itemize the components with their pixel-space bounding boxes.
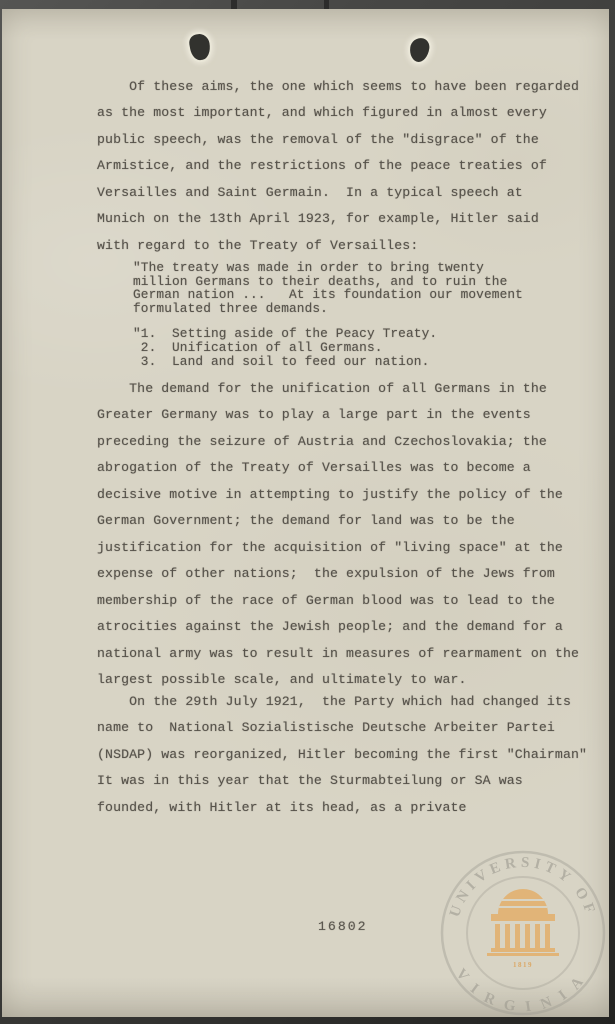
text-line: preceding the seizure of Austria and Cze… (97, 429, 579, 455)
seal-arc-bottom-text: VIRGINIA (452, 966, 593, 1016)
text-line: founded, with Hitler at its head, as a p… (97, 795, 587, 821)
text-line: public speech, was the removal of the "d… (97, 127, 579, 153)
text-line: abrogation of the Treaty of Versailles w… (97, 455, 579, 481)
text-line: German Government; the demand for land w… (97, 508, 579, 534)
text-line: Armistice, and the restrictions of the p… (97, 153, 579, 179)
paragraph-demands-consequences: The demand for the unification of all Ge… (97, 376, 579, 693)
text-line: "The treaty was made in order to bring t… (133, 261, 523, 275)
text-line: 2. Unification of all Germans. (133, 341, 437, 355)
text-line: decisive motive in attempting to justify… (97, 482, 579, 508)
scanned-document-page: { "document": { "paragraph1": [ " Of the… (0, 0, 615, 1024)
text-line: justification for the acquisition of "li… (97, 535, 579, 561)
three-demands-list: "1. Setting aside of the Peacy Treaty. 2… (133, 327, 437, 370)
text-line: formulated three demands. (133, 302, 523, 316)
rotunda-icon (487, 889, 559, 956)
paragraph-aims: Of these aims, the one which seems to ha… (97, 74, 579, 259)
text-line: Of these aims, the one which seems to ha… (97, 74, 579, 100)
punch-hole-left (186, 30, 215, 64)
text-line: atrocities against the Jewish people; an… (97, 614, 579, 640)
text-line: name to National Sozialistische Deutsche… (97, 715, 587, 741)
text-line: German nation ... At its foundation our … (133, 288, 523, 302)
text-line: membership of the race of German blood w… (97, 588, 579, 614)
text-line: On the 29th July 1921, the Party which h… (97, 689, 587, 715)
seal-graphic: UNIVERSITY OF VIRGINIA 1819 (438, 848, 608, 1017)
text-line: 3. Land and soil to feed our nation. (133, 355, 437, 369)
punch-hole-right (406, 35, 433, 66)
page-number: 16802 (318, 919, 368, 934)
text-line: Greater Germany was to play a large part… (97, 402, 579, 428)
text-line: The demand for the unification of all Ge… (97, 376, 579, 402)
paragraph-nsdap-founding: On the 29th July 1921, the Party which h… (97, 689, 587, 821)
document-paper: Of these aims, the one which seems to ha… (2, 9, 609, 1017)
text-line: "1. Setting aside of the Peacy Treaty. (133, 327, 437, 341)
text-line: expense of other nations; the expulsion … (97, 561, 579, 587)
hitler-speech-quote: "The treaty was made in order to bring t… (133, 261, 523, 315)
text-line: with regard to the Treaty of Versailles: (97, 233, 579, 259)
text-line: It was in this year that the Sturmabteil… (97, 768, 587, 794)
text-line: (NSDAP) was reorganized, Hitler becoming… (97, 742, 587, 768)
text-line: Versailles and Saint Germain. In a typic… (97, 180, 579, 206)
text-line: as the most important, and which figured… (97, 100, 579, 126)
text-line: national army was to result in measures … (97, 641, 579, 667)
text-line: million Germans to their deaths, and to … (133, 275, 523, 289)
university-of-virginia-seal: UNIVERSITY OF VIRGINIA 1819 (438, 848, 608, 1017)
seal-year-text: 1819 (513, 961, 533, 969)
text-line: Munich on the 13th April 1923, for examp… (97, 206, 579, 232)
